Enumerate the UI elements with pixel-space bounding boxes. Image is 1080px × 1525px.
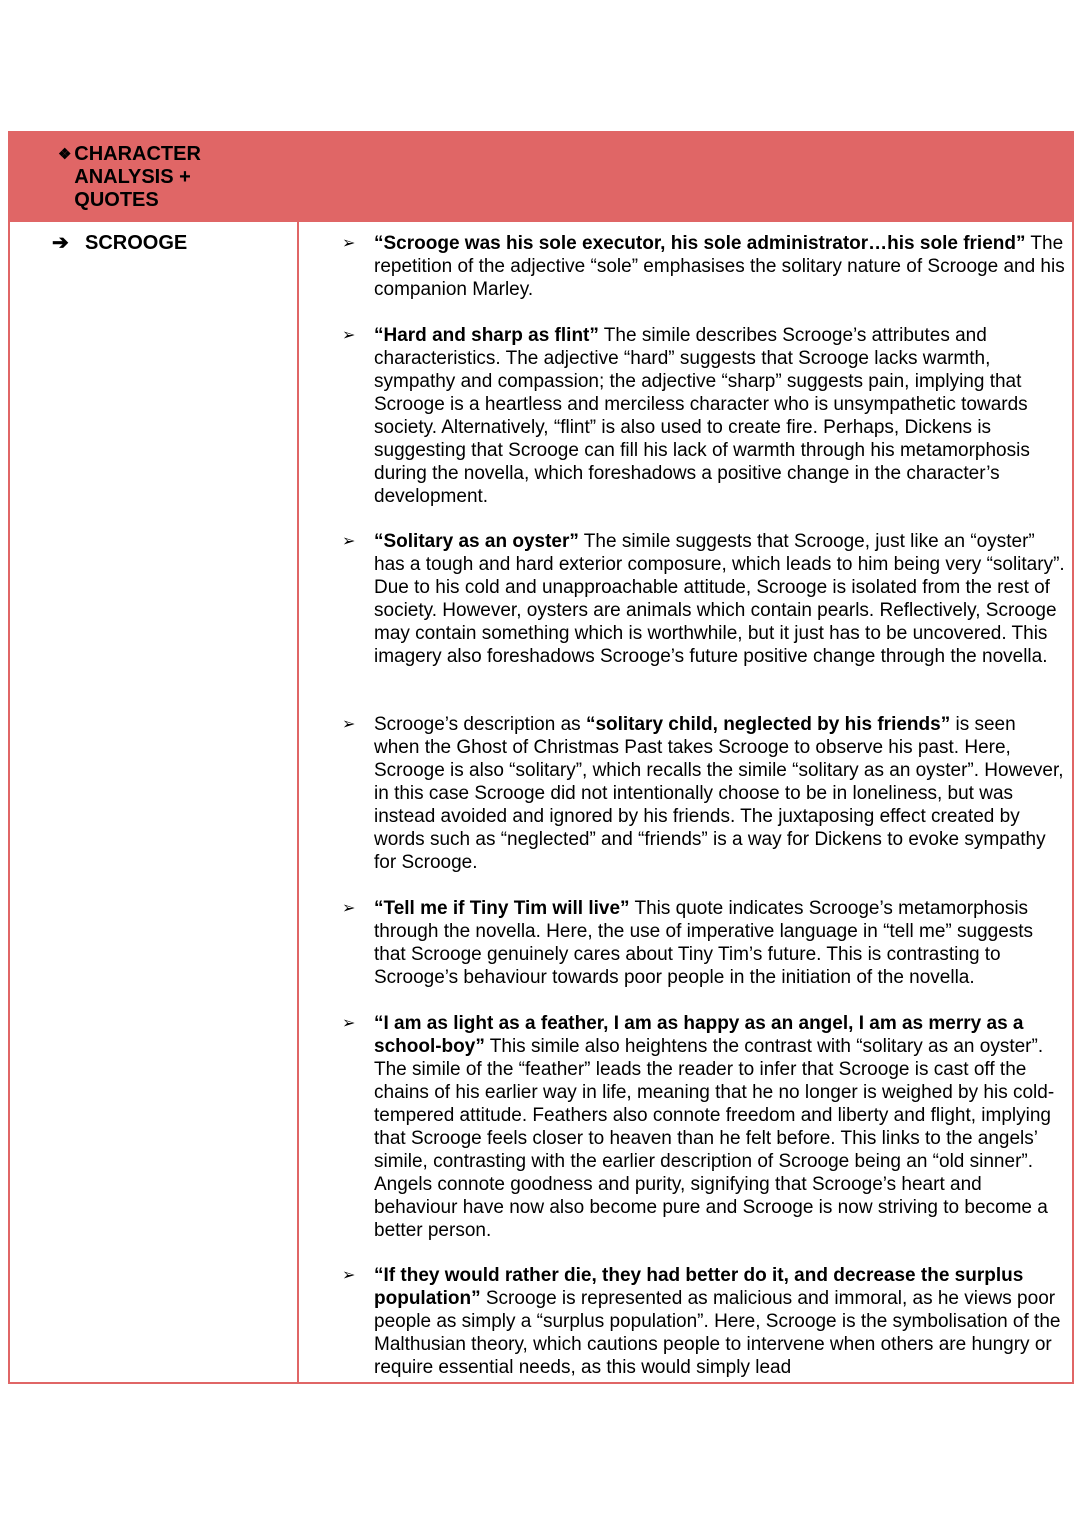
analysis-cell: ➢ “Scrooge was his sole executor, his so…	[299, 222, 1072, 1382]
character-cell: ➔ SCROOGE	[10, 222, 297, 1382]
diamond-bullet-icon: ❖	[58, 143, 74, 212]
analysis-text: “Scrooge was his sole executor, his sole…	[374, 232, 1066, 301]
arrowhead-bullet-icon: ➢	[342, 897, 355, 920]
lead-text: Scrooge’s description as	[374, 714, 586, 735]
character-name: SCROOGE	[85, 232, 187, 255]
arrow-bullet-icon: ➔	[52, 232, 85, 255]
analysis-body: This simile also heightens the contrast …	[374, 1036, 1054, 1241]
quote-text: “Scrooge was his sole executor, his sole…	[374, 233, 1025, 254]
quote-text: “solitary child, neglected by his friend…	[586, 714, 950, 735]
analysis-text: “I am as light as a feather, I am as hap…	[374, 1012, 1066, 1242]
analysis-text: Scrooge’s description as “solitary child…	[374, 713, 1066, 874]
arrowhead-bullet-icon: ➢	[342, 324, 355, 347]
arrowhead-bullet-icon: ➢	[342, 1012, 355, 1035]
analysis-text: “Hard and sharp as flint” The simile des…	[374, 324, 1066, 508]
character-heading: ➔ SCROOGE	[52, 232, 187, 255]
arrowhead-bullet-icon: ➢	[342, 1264, 355, 1287]
section-heading: ❖ CHARACTER ANALYSIS + QUOTES	[58, 143, 278, 212]
analysis-body: is seen when the Ghost of Christmas Past…	[374, 714, 1064, 873]
character-analysis-table: ❖ CHARACTER ANALYSIS + QUOTES ➔ SCROOGE …	[8, 131, 1074, 1384]
section-heading-text: CHARACTER ANALYSIS + QUOTES	[74, 143, 278, 212]
analysis-text: “Tell me if Tiny Tim will live” This quo…	[374, 897, 1066, 989]
analysis-text: “Solitary as an oyster” The simile sugge…	[374, 530, 1066, 668]
analysis-body: The simile describes Scrooge’s attribute…	[374, 325, 1030, 507]
arrowhead-bullet-icon: ➢	[342, 530, 355, 553]
quote-text: “Tell me if Tiny Tim will live”	[374, 898, 630, 919]
table-header-row: ❖ CHARACTER ANALYSIS + QUOTES	[10, 133, 1072, 222]
quote-text: “Hard and sharp as flint”	[374, 325, 599, 346]
table-row-scrooge: ➔ SCROOGE ➢ “Scrooge was his sole execut…	[10, 222, 1072, 1382]
arrowhead-bullet-icon: ➢	[342, 232, 355, 255]
analysis-text: “If they would rather die, they had bett…	[374, 1264, 1066, 1379]
quote-text: “Solitary as an oyster”	[374, 531, 579, 552]
arrowhead-bullet-icon: ➢	[342, 713, 355, 736]
